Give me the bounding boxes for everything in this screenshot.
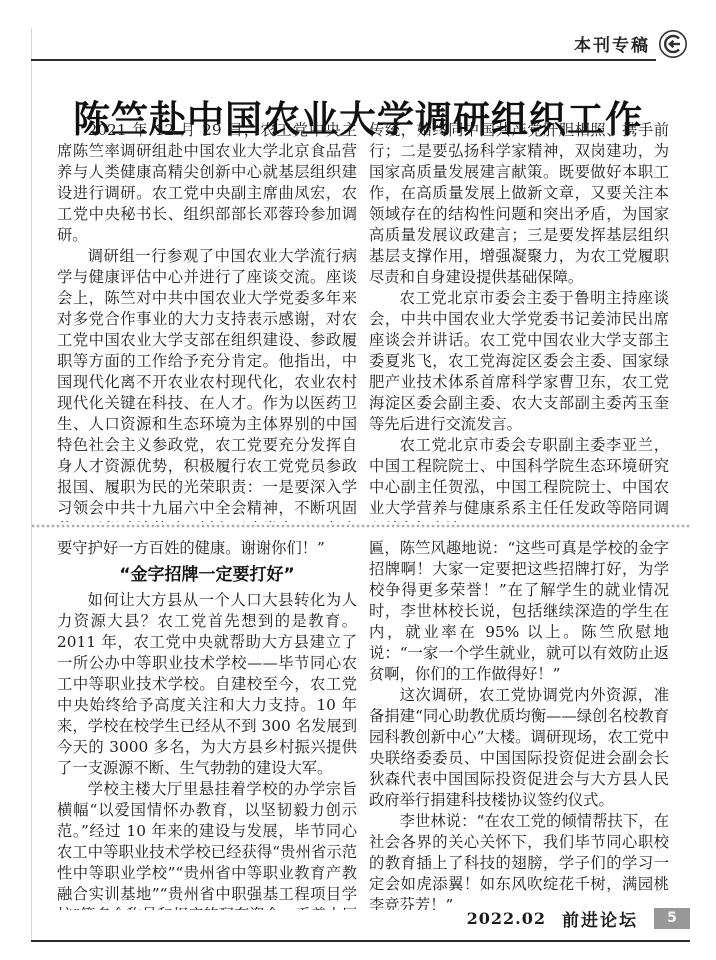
paragraph: 要守护好一方百姓的健康。谢谢你们！” bbox=[57, 538, 357, 559]
paragraph: 学校主楼大厅里悬挂着学校的办学宗旨横幅“以爱国情怀办教育，以坚韧毅力创示范。”经… bbox=[57, 779, 357, 910]
paragraph: 如何让大方县从一个人口大县转化为人力资源大县？农工党首先想到的是教育。2011 … bbox=[57, 590, 357, 779]
paragraph: 李世林说：“在农工党的倾情帮扶下，在社会各界的关心关怀下，我们毕节同心职校的教育… bbox=[369, 811, 669, 910]
footer-issue: 2022.02 bbox=[467, 909, 546, 928]
article2-heading: “金字招牌一定要打好” bbox=[57, 564, 357, 586]
page-number-badge: 5 bbox=[654, 908, 690, 929]
section-divider bbox=[31, 524, 690, 528]
footer-journal-name: 前进论坛 bbox=[562, 906, 638, 931]
article1-columns: 2021 年 12 月 29 日，农工党中央主席陈竺率调研组赴中国农业大学北京食… bbox=[57, 120, 669, 522]
paragraph: 匾，陈竺风趣地说：“这些可真是学校的金字招牌啊！大家一定要把这些招牌打好，为学校… bbox=[369, 538, 669, 685]
article2-right-column: 匾，陈竺风趣地说：“这些可真是学校的金字招牌啊！大家一定要把这些招牌打好，为学校… bbox=[369, 538, 669, 910]
journal-logo-back-arrow-icon bbox=[658, 29, 688, 59]
page-footer: 2022.02 前进论坛 5 bbox=[467, 906, 690, 931]
footer-rule bbox=[31, 940, 690, 942]
paragraph: 2021 年 12 月 29 日，农工党中央主席陈竺率调研组赴中国农业大学北京食… bbox=[57, 120, 357, 246]
article2-left-column: 要守护好一方百姓的健康。谢谢你们！” “金字招牌一定要打好” 如何让大方县从一个… bbox=[57, 538, 357, 910]
article1-left-column: 2021 年 12 月 29 日，农工党中央主席陈竺率调研组赴中国农业大学北京食… bbox=[57, 120, 357, 522]
article2-columns: 要守护好一方百姓的健康。谢谢你们！” “金字招牌一定要打好” 如何让大方县从一个… bbox=[57, 538, 669, 910]
paragraph: 农工党北京市委会专职副主委李亚兰，中国工程院院士、中国科学院生态环境研究中心副主… bbox=[369, 435, 669, 522]
paragraph: 农工党北京市委会主委于鲁明主持座谈会，中共中国农业大学党委书记姜沛民出席座谈会并… bbox=[369, 288, 669, 435]
section-tag: 本刊专稿 bbox=[574, 31, 650, 56]
page-left-frame-line bbox=[31, 28, 32, 942]
paragraph: 传统，始终同中国共产党肝胆相照、携手前行；二是要弘扬科学家精神，双岗建功，为国家… bbox=[369, 120, 669, 288]
article1-right-column: 传统，始终同中国共产党肝胆相照、携手前行；二是要弘扬科学家精神，双岗建功，为国家… bbox=[369, 120, 669, 522]
paragraph: 这次调研，农工党协调党内外资源，准备捐建“同心助教优质均衡——绿创名校教育园科教… bbox=[369, 685, 669, 811]
header-rule bbox=[31, 59, 656, 61]
paragraph: 调研组一行参观了中国农业大学流行病学与健康评估中心并进行了座谈交流。座谈会上，陈… bbox=[57, 246, 357, 522]
